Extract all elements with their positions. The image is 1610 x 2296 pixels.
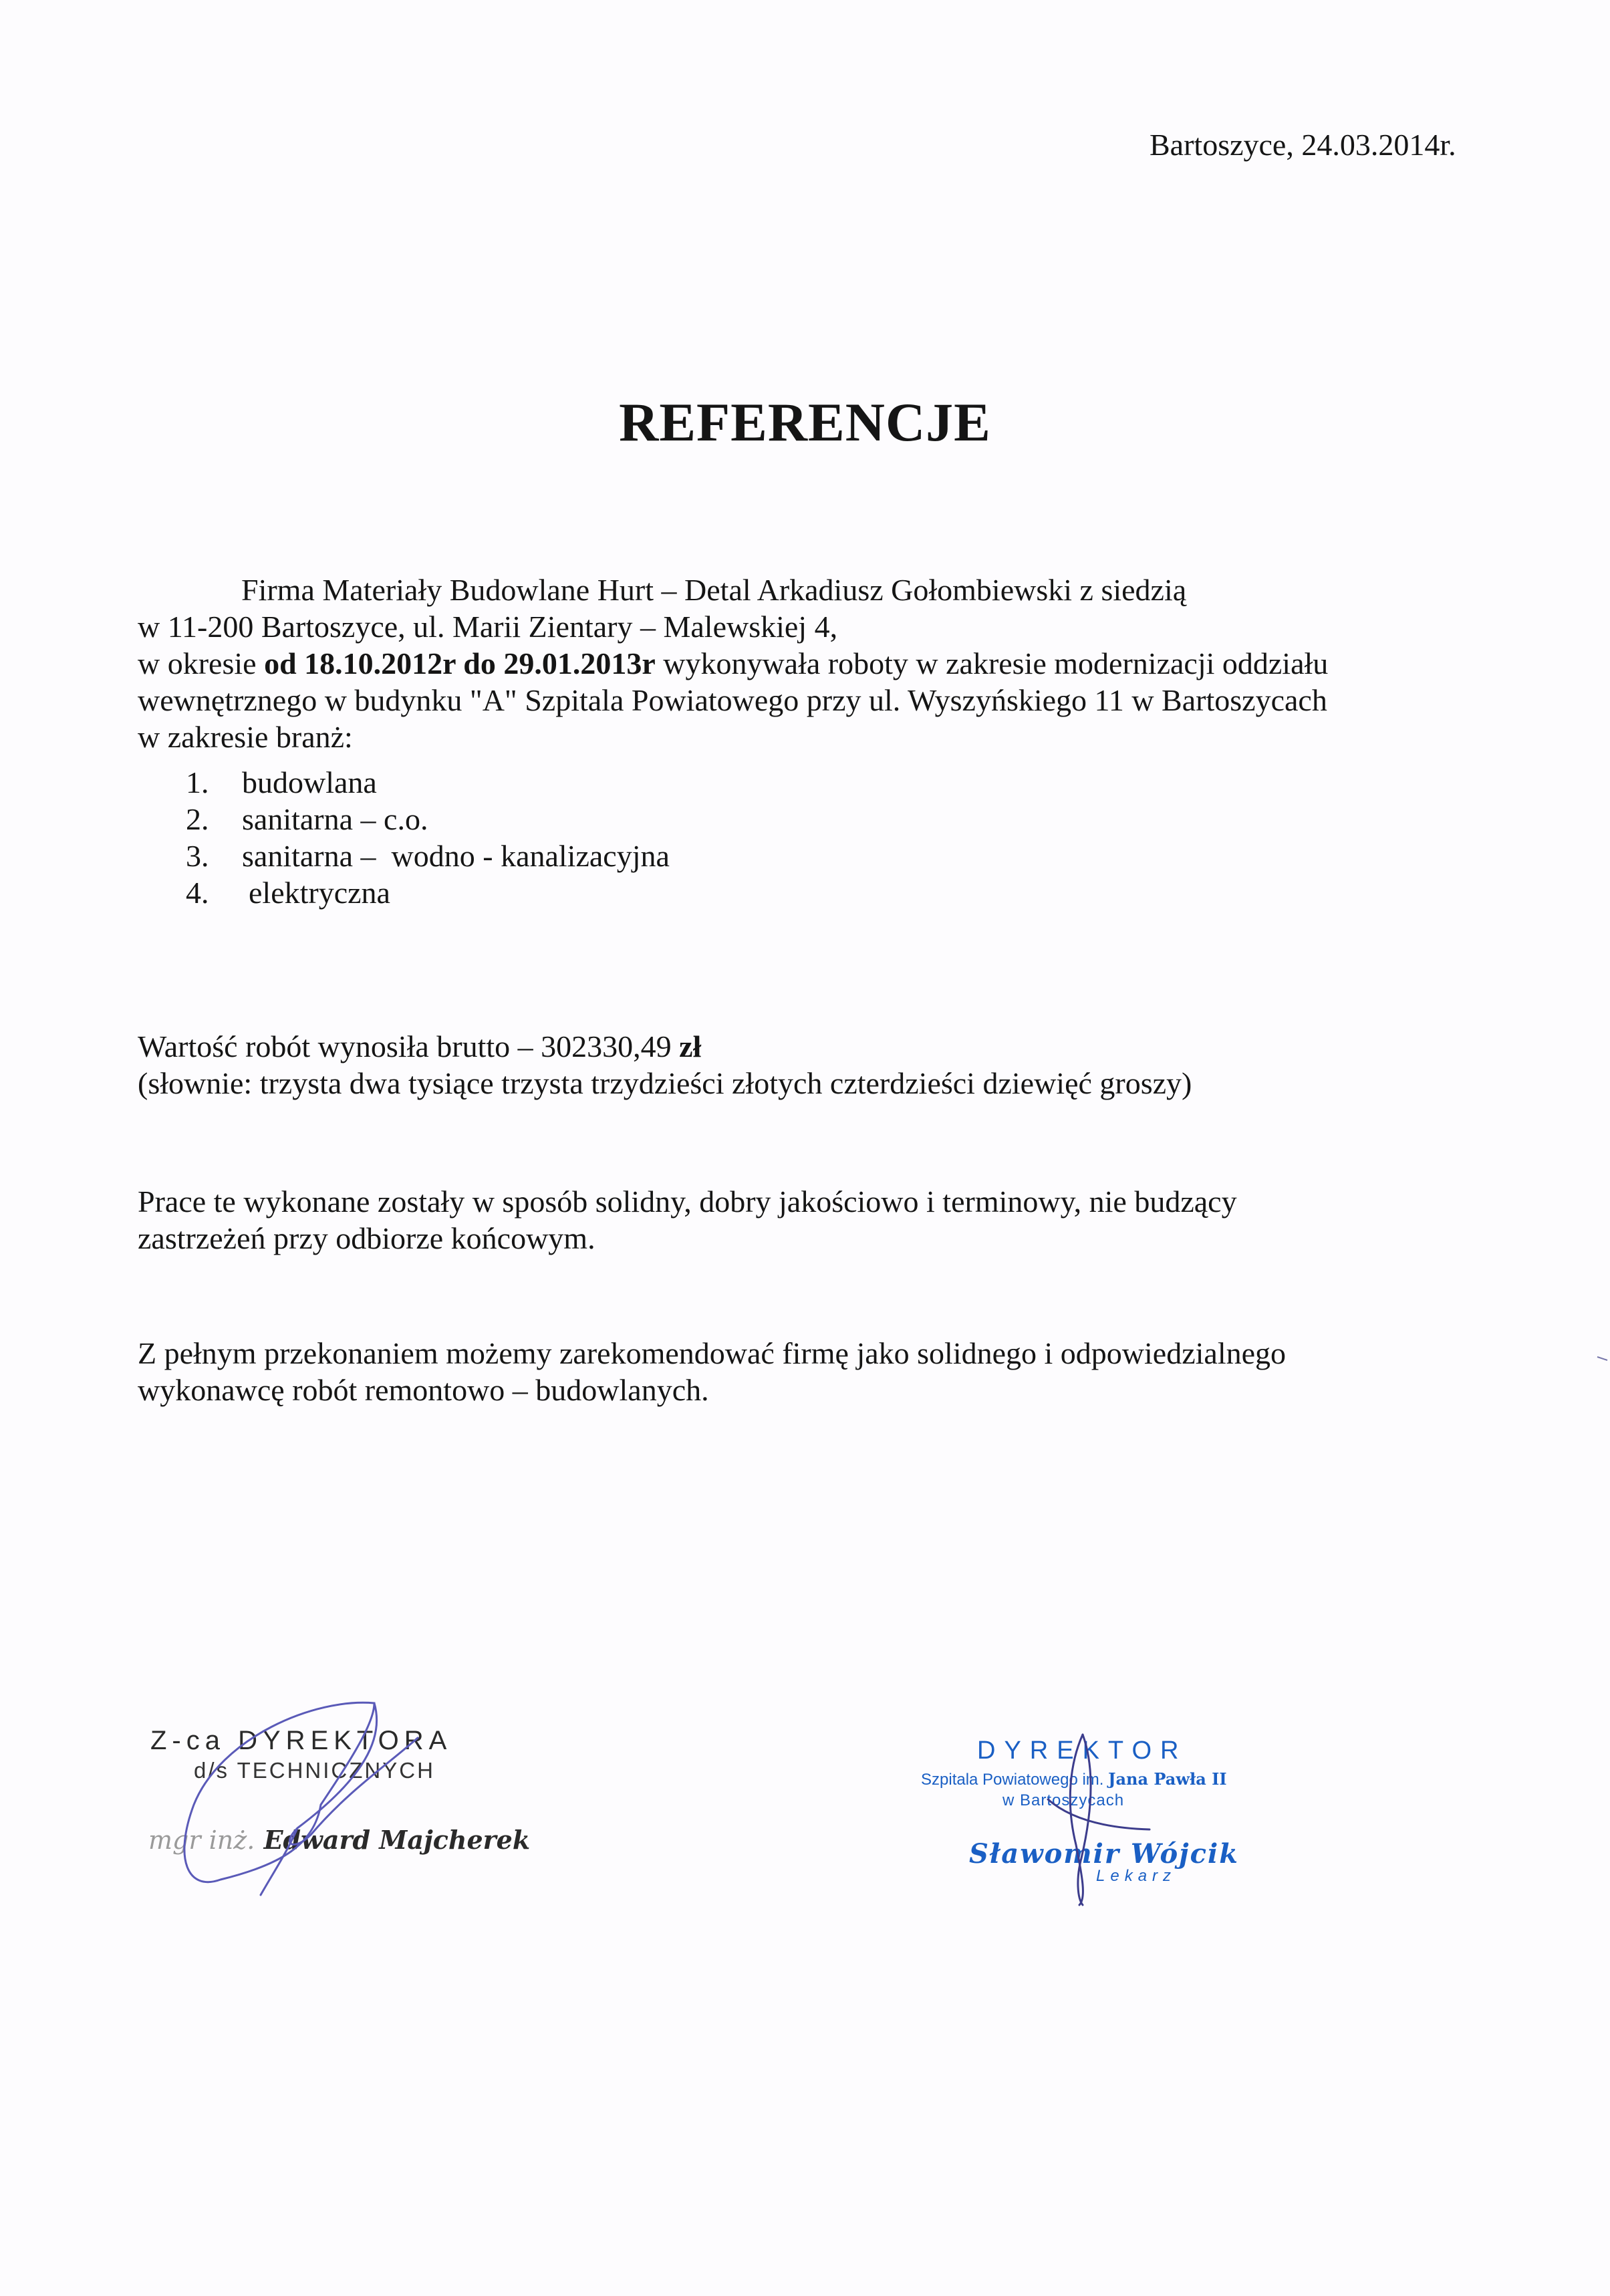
- intro-line-4: wewnętrznego w budynku "A" Szpitala Powi…: [138, 682, 1407, 719]
- value-currency: zł: [679, 1029, 701, 1063]
- intro-line-2: w 11-200 Bartoszyce, ul. Marii Zientary …: [138, 608, 1407, 645]
- list-item: 2.sanitarna – c.o.: [186, 801, 670, 838]
- quality-line-2: zastrzeżeń przy odbiorze końcowym.: [138, 1220, 1237, 1257]
- signatures: [0, 0, 1610, 2296]
- list-number: 1.: [186, 764, 242, 801]
- list-label: sanitarna – c.o.: [242, 801, 428, 838]
- value-in-words: (słownie: trzysta dwa tysiące trzysta tr…: [138, 1065, 1192, 1102]
- right-stamp-title: DYREKTOR: [977, 1737, 1187, 1765]
- quality-line-1: Prace te wykonane zostały w sposób solid…: [138, 1183, 1237, 1220]
- intro-paragraph: Firma Materiały Budowlane Hurt – Detal A…: [138, 571, 1407, 755]
- list-item: 3.sanitarna – wodno - kanalizacyjna: [186, 838, 670, 874]
- branch-list: 1.budowlana 2.sanitarna – c.o. 3.sanitar…: [186, 764, 670, 911]
- intro-line-5: w zakresie branż:: [138, 719, 1407, 755]
- list-item: 1.budowlana: [186, 764, 670, 801]
- right-stamp-role: Lekarz: [1096, 1867, 1176, 1886]
- recommendation-line-1: Z pełnym przekonaniem możemy zarekomendo…: [138, 1335, 1286, 1372]
- value-paragraph: Wartość robót wynosiła brutto – 302330,4…: [138, 1028, 1192, 1102]
- value-line-1: Wartość robót wynosiła brutto – 302330,4…: [138, 1028, 1192, 1065]
- value-prefix: Wartość robót wynosiła brutto –: [138, 1029, 541, 1063]
- right-stamp-person: Sławomir Wójcik: [969, 1838, 1239, 1870]
- left-stamp-name: mgr inż. Edward Majcherek: [148, 1825, 530, 1855]
- list-label: elektryczna: [242, 874, 390, 911]
- period-suffix: wykonywała roboty w zakresie modernizacj…: [656, 646, 1329, 680]
- recommendation-line-2: wykonawcę robót remontowo – budowlanych.: [138, 1372, 1286, 1408]
- margin-mark-icon: [1597, 1357, 1607, 1360]
- period-prefix: w okresie: [138, 646, 264, 680]
- right-stamp-institution: Szpitala Powiatowego im. Jana Pawła II: [921, 1769, 1227, 1789]
- list-number: 4.: [186, 874, 242, 911]
- list-label: sanitarna – wodno - kanalizacyjna: [242, 838, 670, 874]
- list-number: 3.: [186, 838, 242, 874]
- value-amount: 302330,49: [541, 1029, 672, 1063]
- quality-paragraph: Prace te wykonane zostały w sposób solid…: [138, 1183, 1237, 1257]
- left-stamp-title: Z-ca DYREKTORA: [150, 1726, 452, 1756]
- right-stamp-institution-prefix: Szpitala Powiatowego im.: [921, 1771, 1108, 1789]
- list-item: 4.elektryczna: [186, 874, 670, 911]
- intro-line-3: w okresie od 18.10.2012r do 29.01.2013r …: [138, 645, 1407, 682]
- document-title: REFERENCJE: [0, 391, 1610, 454]
- intro-line-1: Firma Materiały Budowlane Hurt – Detal A…: [138, 571, 1407, 608]
- left-stamp-degree: mgr inż.: [148, 1825, 255, 1855]
- left-stamp-person: Edward Majcherek: [264, 1825, 531, 1855]
- work-period: od 18.10.2012r do 29.01.2013r: [264, 646, 656, 680]
- recommendation-paragraph: Z pełnym przekonaniem możemy zarekomendo…: [138, 1335, 1286, 1408]
- right-stamp-city: w Bartoszycach: [1002, 1791, 1124, 1810]
- list-label: budowlana: [242, 764, 377, 801]
- right-stamp-patron: Jana Pawła II: [1108, 1769, 1226, 1789]
- place-date: Bartoszyce, 24.03.2014r.: [1150, 127, 1456, 162]
- list-number: 2.: [186, 801, 242, 838]
- left-stamp-subtitle: d/s TECHNICZNYCH: [194, 1758, 435, 1783]
